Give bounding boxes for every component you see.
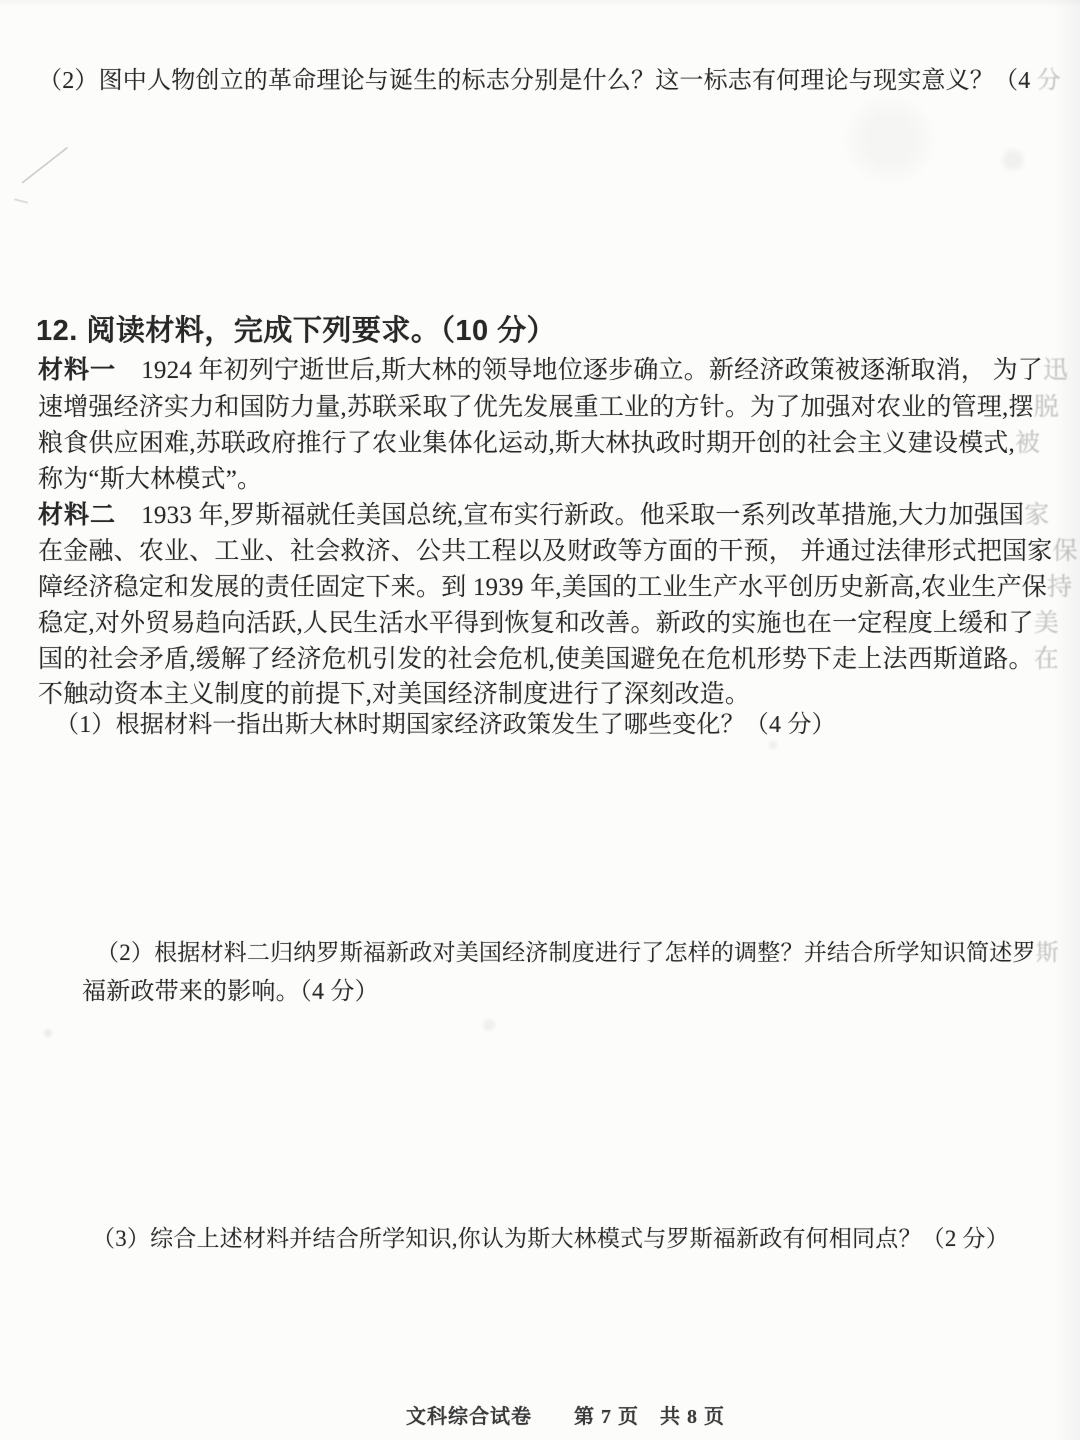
material2-line-5: 国的社会矛盾,缓解了经济危机引发的社会危机,使美国避免在危机形势下走上法西斯道路… xyxy=(38,639,1059,675)
question-2-line-1: （2）根据材料二归纳罗斯福新政对美国经济制度进行了怎样的调整？并结合所学知识简述… xyxy=(96,934,1059,967)
question-1-line: （1）根据材料一指出斯大林时期国家经济政策发生了哪些变化？（4 分） xyxy=(55,704,836,739)
material1-label: 材料一 xyxy=(38,357,116,384)
top-question-line: （2）图中人物创立的革命理论与诞生的标志分别是什么？这一标志有何理论与现实意义？… xyxy=(38,60,1061,95)
material2-label: 材料二 xyxy=(38,502,116,529)
handwritten-slash-mark xyxy=(21,147,68,184)
handwritten-slash-tail xyxy=(14,198,28,203)
material2-line-5-text: 国的社会矛盾,缓解了经济危机引发的社会危机,使美国避免在危机形势下走上法西斯道路… xyxy=(38,646,1034,673)
material2-line-4-text: 稳定,对外贸易趋向活跃,人民生活水平得到恢复和改善。新政的实施也在一定程度上缓和… xyxy=(38,610,1034,637)
material1-line-1-clipped-char: 迅 xyxy=(1043,357,1068,384)
material2-line-3-text: 障经济稳定和发展的责任固定下来。到 1939 年,美国的工业生产水平创历史新高,… xyxy=(38,574,1047,601)
material1-line-3-clipped-char: 被 xyxy=(1015,430,1040,457)
material1-line-2-clipped-char: 脱 xyxy=(1034,394,1059,421)
question-2-line-2: 福新政带来的影响。（4 分） xyxy=(82,971,379,1006)
material2-line-1: 材料二 1933 年,罗斯福就任美国总统,宣布实行新政。他采取一系列改革措施,大… xyxy=(38,495,1049,531)
question-12-heading: 12. 阅读材料，完成下列要求。（10 分） xyxy=(36,308,556,349)
material2-line-2-text: 在金融、农业、工业、社会救济、公共工程以及财政等方面的干预， 并通过法律形式把国… xyxy=(38,538,1052,565)
material1-line-2-text: 速增强经济实力和国防力量,苏联采取了优先发展重工业的方针。为了加强对农业的管理,… xyxy=(38,394,1034,421)
material2-line-4: 稳定,对外贸易趋向活跃,人民生活水平得到恢复和改善。新政的实施也在一定程度上缓和… xyxy=(38,603,1059,639)
material1-line-4: 称为“斯大林模式”。 xyxy=(38,459,262,495)
material1-line-1-text: 1924 年初列宁逝世后,斯大林的领导地位逐步确立。新经济政策被逐渐取消， 为了 xyxy=(116,357,1043,384)
scanned-exam-page: （2）图中人物创立的革命理论与诞生的标志分别是什么？这一标志有何理论与现实意义？… xyxy=(0,0,1080,1440)
top-question-clipped-char: 分 xyxy=(1037,68,1061,94)
material2-line-5-clipped-char: 在 xyxy=(1034,646,1059,673)
material2-line-3: 障经济稳定和发展的责任固定下来。到 1939 年,美国的工业生产水平创历史新高,… xyxy=(38,567,1072,603)
question-2-clipped-char: 斯 xyxy=(1036,940,1059,965)
material2-line-1-text: 1933 年,罗斯福就任美国总统,宣布实行新政。他采取一系列改革措施,大力加强国 xyxy=(116,502,1024,529)
material2-line-1-clipped-char: 家 xyxy=(1024,502,1049,529)
material1-line-2: 速增强经济实力和国防力量,苏联采取了优先发展重工业的方针。为了加强对农业的管理,… xyxy=(38,387,1059,423)
material2-line-4-clipped-char: 美 xyxy=(1034,610,1059,637)
material2-line-2-clipped-char: 保 xyxy=(1052,538,1077,565)
question-3-line: （3）综合上述材料并结合所学知识,你认为斯大林模式与罗斯福新政有何相同点？（2 … xyxy=(92,1220,1009,1253)
page-footer: 文科综合试卷 第 7 页 共 8 页 xyxy=(406,1400,725,1429)
material1-line-4-text: 称为“斯大林模式”。 xyxy=(38,466,262,493)
material2-line-3-clipped-char: 持 xyxy=(1047,574,1072,601)
material2-line-2: 在金融、农业、工业、社会救济、公共工程以及财政等方面的干预， 并通过法律形式把国… xyxy=(38,531,1078,567)
material1-line-3-text: 粮食供应困难,苏联政府推行了农业集体化运动,斯大林执政时期开创的社会主义建设模式… xyxy=(38,430,1015,457)
material1-line-3: 粮食供应困难,苏联政府推行了农业集体化运动,斯大林执政时期开创的社会主义建设模式… xyxy=(38,423,1040,459)
material1-line-1: 材料一 1924 年初列宁逝世后,斯大林的领导地位逐步确立。新经济政策被逐渐取消… xyxy=(38,350,1068,386)
question-2-line-1-text: （2）根据材料二归纳罗斯福新政对美国经济制度进行了怎样的调整？并结合所学知识简述… xyxy=(96,940,1036,965)
top-question-text: （2）图中人物创立的革命理论与诞生的标志分别是什么？这一标志有何理论与现实意义？… xyxy=(38,68,1037,94)
